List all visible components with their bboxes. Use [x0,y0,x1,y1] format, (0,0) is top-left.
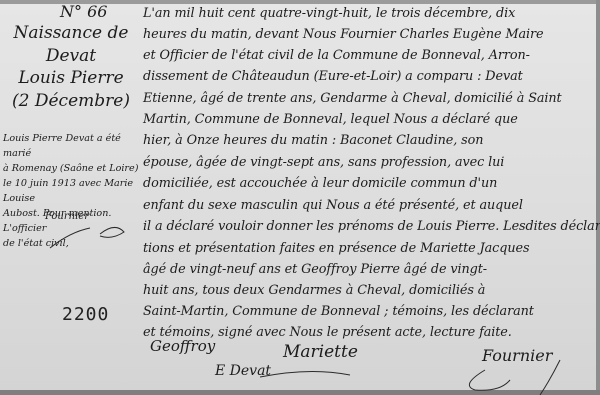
record-line: huit ans, tous deux Gendarmes à Cheval, … [143,283,485,298]
record-line: et Officier de l'état civil de la Commun… [143,48,530,63]
record-line: Saint-Martin, Commune de Bonneval ; témo… [143,304,534,319]
record-line: tions et présentation faites en présence… [143,241,529,256]
annotation-line: le 10 juin 1913 avec Marie Louise [3,176,145,206]
record-line: L'an mil huit cent quatre-vingt-huit, le… [143,6,515,21]
officer-signature-flourish-icon [440,340,590,395]
margin-surname: Devat [6,45,136,67]
witness-signature-geoffroy: Geoffroy [150,337,215,355]
margin-title-line: Naissance de [6,22,136,44]
signature-flourish-icon [20,212,130,252]
annotation-line: Louis Pierre Devat a été marié [3,131,145,161]
register-number: 2200 [62,304,109,325]
record-line: hier, à Onze heures du matin : Baconet C… [143,133,483,148]
page-edge-right [596,0,600,395]
annotation-line: à Romenay (Saône et Loire) [3,161,145,176]
record-line: heures du matin, devant Nous Fournier Ch… [143,27,543,42]
entry-number: N° 66 [60,2,107,21]
record-line: dissement de Châteaudun (Eure-et-Loir) a… [143,69,523,84]
margin-given-names: Louis Pierre [6,67,136,89]
record-line: enfant du sexe masculin qui Nous a été p… [143,198,523,213]
record-line: domiciliée, est accouchée à leur domicil… [143,176,497,191]
declarant-flourish-icon [200,365,360,395]
record-line: épouse, âgée de vingt-sept ans, sans pro… [143,155,504,170]
civil-registry-page: N° 66 Naissance de Devat Louis Pierre (2… [0,0,600,395]
record-line: âgé de vingt-neuf ans et Geoffroy Pierre… [143,262,487,277]
record-line: Etienne, âgé de trente ans, Gendarme à C… [143,91,562,106]
record-line: Martin, Commune de Bonneval, lequel Nous… [143,112,518,127]
margin-column: N° 66 Naissance de Devat Louis Pierre (2… [0,0,140,395]
margin-date: (2 Décembre) [6,90,136,112]
witness-signature-mariette: Mariette [283,342,358,362]
record-line: il a déclaré vouloir donner les prénoms … [143,219,600,234]
